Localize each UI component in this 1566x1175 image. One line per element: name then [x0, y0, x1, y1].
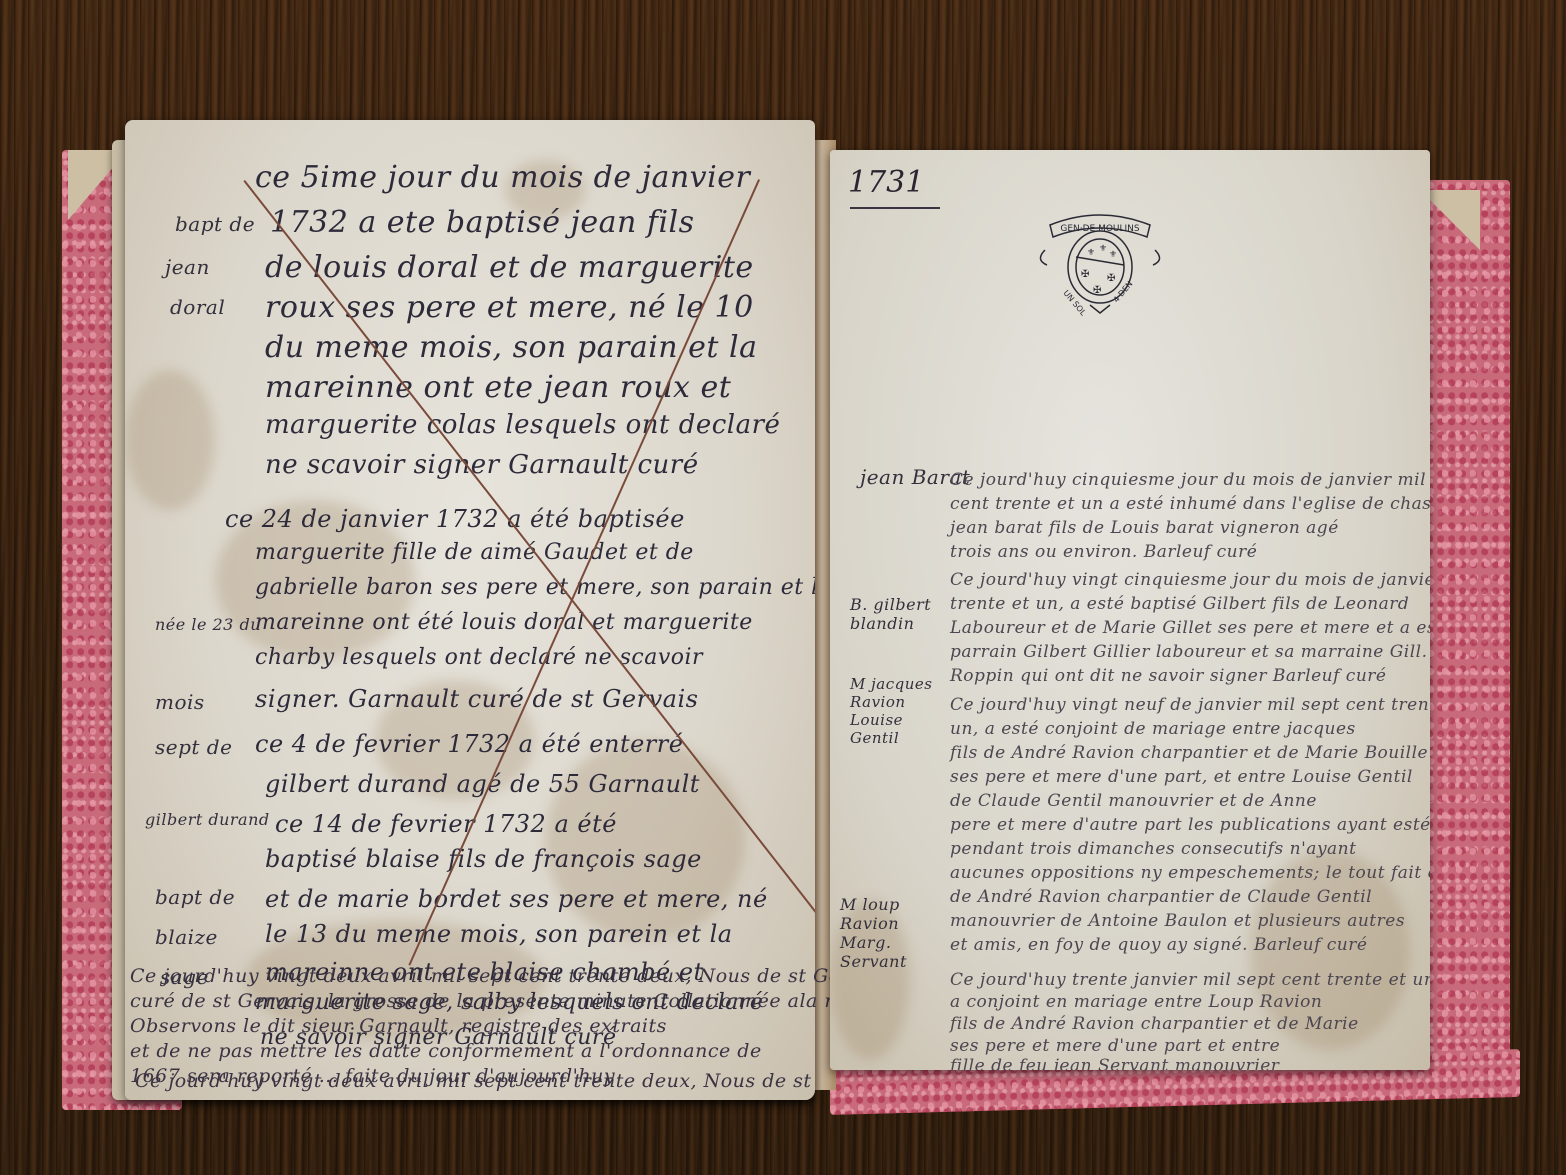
- left-line: gabrielle baron ses pere et mere, son pa…: [255, 575, 815, 600]
- left-line: ce 5ime jour du mois de janvier: [255, 160, 750, 195]
- svg-text:✠: ✠: [1081, 269, 1089, 280]
- entry-line: trente et un, a esté baptisé Gilbert fil…: [950, 594, 1409, 614]
- margin-note: mois: [155, 690, 205, 714]
- stamp-top-text: GEN·DE MOULINS: [1060, 224, 1140, 234]
- left-line: 1732 a ete baptisé jean fils: [270, 205, 695, 240]
- margin-note: sept de: [155, 735, 232, 759]
- left-line: ce 24 de janvier 1732 a été baptisée: [225, 505, 685, 533]
- entry-margin-name: M loup Ravion Marg. Servant: [840, 895, 940, 971]
- entry-line: Laboureur et de Marie Gillet ses pere et…: [950, 618, 1430, 638]
- entry-line: ses pere et mere d'une part et entre: [950, 1036, 1280, 1056]
- footer-note-line: curé de st Gervais, la grosse de la pres…: [130, 990, 895, 1012]
- tax-stamp-icon: GEN·DE MOULINS UN SOL 4 DEN ⚜⚜⚜ ✠✠✠: [1035, 205, 1165, 320]
- margin-note: bapt de: [175, 212, 255, 236]
- svg-text:⚜: ⚜: [1109, 250, 1117, 260]
- left-line: signer. Garnault curé de st Gervais: [255, 685, 698, 713]
- svg-text:⚜: ⚜: [1099, 244, 1107, 254]
- entry-line: Ce jourd'huy cinquiesme jour du mois de …: [950, 470, 1430, 490]
- entry-line: jean barat fils de Louis barat vigneron …: [950, 518, 1339, 538]
- footer-note-line: Observons le dit sieur Garnault, registr…: [130, 1015, 667, 1037]
- entry-line: et amis, en foy de quoy ay signé. Barleu…: [950, 935, 1367, 955]
- footer-note-line: et de ne pas mettre les datte conformeme…: [130, 1040, 762, 1062]
- stamp-bottom-left: UN SOL: [1061, 289, 1088, 318]
- left-line: mareinne ont été louis doral et margueri…: [255, 610, 753, 635]
- left-line: charby lesquels ont declaré ne scavoir: [255, 645, 703, 670]
- left-line: ce 4 de fevrier 1732 a été enterré: [255, 730, 683, 758]
- svg-text:⚜: ⚜: [1087, 248, 1095, 258]
- entry-margin-name: B. gilbert blandin: [850, 595, 945, 633]
- left-line: marguerite fille de aimé Gaudet et de: [255, 540, 694, 565]
- left-page: ce 5ime jour du mois de janvier 1732 a e…: [125, 120, 815, 1100]
- entry-line: pendant trois dimanches consecutifs n'ay…: [950, 839, 1356, 859]
- margin-note: doral: [170, 295, 225, 319]
- left-line: marguerite colas lesquels ont declaré: [265, 410, 780, 440]
- svg-text:✠: ✠: [1107, 273, 1115, 284]
- entry-margin-name: M jacques Ravion Louise Gentil: [850, 675, 945, 747]
- entry-line: a conjoint en mariage entre Loup Ravion: [950, 992, 1322, 1012]
- entry-line: Ce jourd'huy trente janvier mil sept cen…: [950, 970, 1430, 990]
- left-line: ne scavoir signer Garnault curé: [265, 450, 699, 480]
- entry-line: Ce jourd'huy vingt neuf de janvier mil s…: [950, 695, 1430, 715]
- year-heading: 1731: [848, 165, 924, 200]
- entry-line: de André Ravion charpantier de Claude Ge…: [950, 887, 1372, 907]
- margin-note: bapt de: [155, 885, 235, 909]
- entry-line: fille de feu jean Servant manouvrier: [950, 1056, 1279, 1070]
- entry-line: ses pere et mere d'une part, et entre Lo…: [950, 767, 1413, 787]
- left-line: roux ses pere et mere, né le 10: [265, 290, 754, 325]
- margin-note: blaize: [155, 925, 218, 949]
- entry-line: cent trente et un a esté inhumé dans l'e…: [950, 494, 1430, 514]
- margin-note: jean: [165, 255, 210, 279]
- left-line: de louis doral et de marguerite: [265, 250, 754, 285]
- left-line: ce 14 de fevrier 1732 a été: [275, 810, 617, 838]
- entry-line: de Claude Gentil manouvrier et de Anne: [950, 791, 1317, 811]
- left-line: baptisé blaise fils de françois sage: [265, 845, 702, 873]
- entry-line: fils de André Ravion charpantier et de M…: [950, 1014, 1359, 1034]
- footer-note-line: 1667 sera reporté ... faite du jour d'au…: [130, 1065, 615, 1087]
- entry-line: Ce jourd'huy vingt cinquiesme jour du mo…: [950, 570, 1430, 590]
- entry-line: fils de André Ravion charpantier et de M…: [950, 743, 1428, 763]
- footer-note-line: Ce jourd'huy vingt deux avril mil sept c…: [130, 965, 890, 987]
- entry-line: Roppin qui ont dit ne savoir signer Barl…: [950, 666, 1386, 686]
- entry-line: trois ans ou environ. Barleuf curé: [950, 542, 1257, 562]
- heading-underline: [850, 207, 940, 209]
- entry-line: pere et mere d'autre part les publicatio…: [950, 815, 1430, 835]
- entry-line: parrain Gilbert Gillier laboureur et sa …: [950, 642, 1428, 662]
- entry-line: manouvrier de Antoine Baulon et plusieur…: [950, 911, 1405, 931]
- margin-note: gilbert durand: [145, 810, 270, 829]
- margin-note: née le 23 du: [155, 615, 261, 634]
- left-line: gilbert durand agé de 55 Garnault: [265, 770, 700, 798]
- left-line: le 13 du meme mois, son parein et la: [265, 920, 733, 948]
- left-line: et de marie bordet ses pere et mere, né: [265, 885, 768, 913]
- svg-text:✠: ✠: [1093, 285, 1101, 296]
- entry-line: un, a esté conjoint de mariage entre jac…: [950, 719, 1356, 739]
- entry-line: aucunes oppositions ny empeschements; le…: [950, 863, 1430, 883]
